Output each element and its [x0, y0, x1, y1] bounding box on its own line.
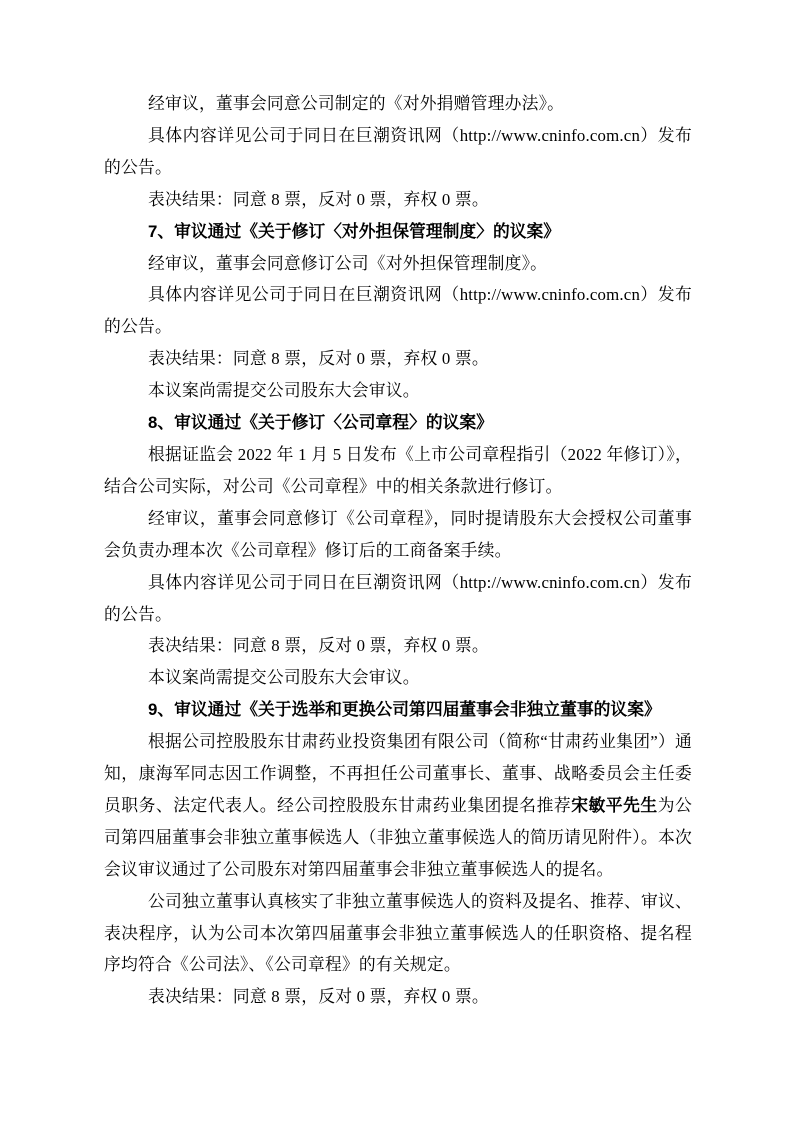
document-content: 经审议，董事会同意公司制定的《对外捐赠管理办法》。 具体内容详见公司于同日在巨潮…: [104, 88, 692, 1013]
text-run: 具体内容详见公司于同日在巨潮资讯网（http://www.cninfo.com.…: [104, 126, 692, 177]
emphasized-name: 宋敏平先生: [571, 796, 658, 815]
text-run: 本议案尚需提交公司股东大会审议。: [148, 381, 420, 400]
paragraph-disclosure-notice: 具体内容详见公司于同日在巨潮资讯网（http://www.cninfo.com.…: [104, 567, 692, 631]
paragraph-vote-result: 表决结果：同意 8 票，反对 0 票，弃权 0 票。: [104, 343, 692, 375]
text-run: 经审议，董事会同意修订公司《对外担保管理制度》。: [148, 254, 547, 273]
document-page: 经审议，董事会同意公司制定的《对外捐赠管理办法》。 具体内容详见公司于同日在巨潮…: [0, 0, 793, 1122]
paragraph-approval-statement: 经审议，董事会同意修订公司《对外担保管理制度》。: [104, 248, 692, 280]
paragraph-vote-result: 表决结果：同意 8 票，反对 0 票，弃权 0 票。: [104, 630, 692, 662]
paragraph-revision-basis: 根据证监会 2022 年 1 月 5 日发布《上市公司章程指引（2022 年修订…: [104, 439, 692, 503]
paragraph-shareholder-meeting-note: 本议案尚需提交公司股东大会审议。: [104, 375, 692, 407]
paragraph-approval-statement: 经审议，董事会同意公司制定的《对外捐赠管理办法》。: [104, 88, 692, 120]
text-run: 表决结果：同意 8 票，反对 0 票，弃权 0 票。: [148, 987, 489, 1006]
text-run: 经审议，董事会同意公司制定的《对外捐赠管理办法》。: [148, 94, 564, 113]
paragraph-disclosure-notice: 具体内容详见公司于同日在巨潮资讯网（http://www.cninfo.com.…: [104, 279, 692, 343]
text-run: 具体内容详见公司于同日在巨潮资讯网（http://www.cninfo.com.…: [104, 285, 692, 336]
paragraph-independent-director-verification: 公司独立董事认真核实了非独立董事候选人的资料及提名、推荐、审议、表决程序，认为公…: [104, 886, 692, 982]
text-run: 经审议，董事会同意修订《公司章程》，同时提请股东大会授权公司董事会负责办理本次《…: [104, 509, 692, 560]
text-run: 根据证监会 2022 年 1 月 5 日发布《上市公司章程指引（2022 年修订…: [104, 445, 692, 496]
text-run: 表决结果：同意 8 票，反对 0 票，弃权 0 票。: [148, 349, 489, 368]
section-8-heading: 8、审议通过《关于修订〈公司章程〉的议案》: [104, 407, 692, 439]
text-run: 公司独立董事认真核实了非独立董事候选人的资料及提名、推荐、审议、表决程序，认为公…: [104, 892, 692, 975]
paragraph-vote-result: 表决结果：同意 8 票，反对 0 票，弃权 0 票。: [104, 184, 692, 216]
text-run: 表决结果：同意 8 票，反对 0 票，弃权 0 票。: [148, 636, 489, 655]
paragraph-shareholder-meeting-note: 本议案尚需提交公司股东大会审议。: [104, 662, 692, 694]
paragraph-vote-result: 表决结果：同意 8 票，反对 0 票，弃权 0 票。: [104, 981, 692, 1013]
paragraph-director-nomination: 根据公司控股股东甘肃药业投资集团有限公司（简称“甘肃药业集团”）通知，康海军同志…: [104, 726, 692, 886]
paragraph-approval-statement: 经审议，董事会同意修订《公司章程》，同时提请股东大会授权公司董事会负责办理本次《…: [104, 503, 692, 567]
section-9-heading: 9、审议通过《关于选举和更换公司第四届董事会非独立董事的议案》: [104, 694, 692, 726]
section-7-heading: 7、审议通过《关于修订〈对外担保管理制度〉的议案》: [104, 216, 692, 248]
paragraph-disclosure-notice: 具体内容详见公司于同日在巨潮资讯网（http://www.cninfo.com.…: [104, 120, 692, 184]
text-run: 表决结果：同意 8 票，反对 0 票，弃权 0 票。: [148, 190, 489, 209]
text-run: 具体内容详见公司于同日在巨潮资讯网（http://www.cninfo.com.…: [104, 573, 692, 624]
text-run: 本议案尚需提交公司股东大会审议。: [148, 668, 420, 687]
